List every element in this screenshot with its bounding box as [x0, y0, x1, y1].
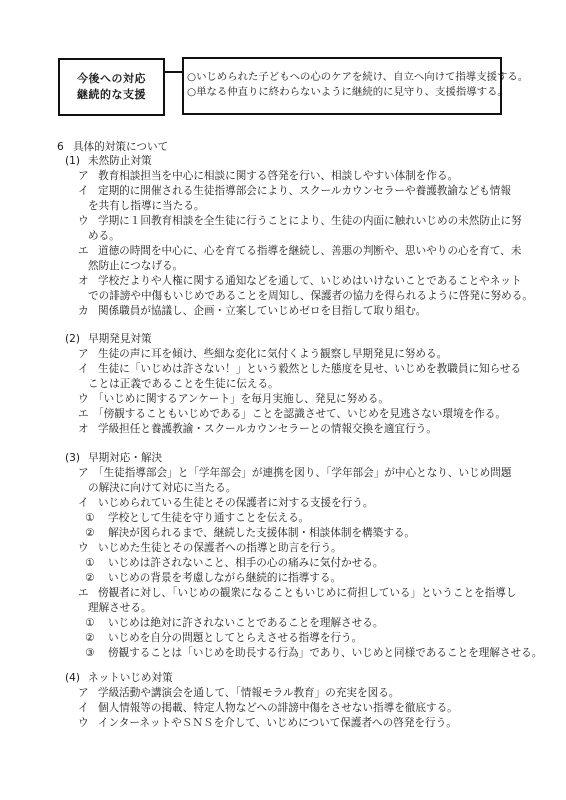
- item-text: インターネットやＳＮＳを介して、いじめについて保護者への啓発を行う。: [98, 716, 457, 731]
- item-text-cont: の解決に向けて対応に当たる。: [88, 481, 236, 496]
- subsection-label: (1): [65, 154, 80, 169]
- sub-item-text: いじめの背景を考慮しながら継続的に指導する。: [108, 571, 341, 586]
- sub-item-text: いじめは許されないこと、相手の心の痛みに気付かせる。: [108, 556, 383, 571]
- item-text: 生徒の声に耳を傾け、些細な変化に気付くよう観察し早期発見に努める。: [98, 347, 447, 362]
- item-text: 学校だよりや人権に関する通知などを通して、いじめはいけないことであることやネット: [98, 274, 502, 289]
- sub-item-text: 傍観することは「いじめを助長する行為」であり、いじめと同様であることを理解させる…: [108, 646, 542, 661]
- item-text: 道徳の時間を中心に、心を育てる指導を継続し、善悪の判断や、思いやりの心を育て、未: [98, 244, 502, 259]
- item-text-cont: 然防止につなげる。: [88, 259, 183, 274]
- item-text-cont: を共有し指導に当たる。: [88, 199, 205, 214]
- item-text-cont: める。: [88, 229, 120, 244]
- sub-item-text: いじめは絶対に許されないことであることを理解させる。: [108, 616, 383, 631]
- subsection-title: 早期発見対策: [88, 332, 152, 347]
- item-text: 「生徒指導部会」と「学年部会」が連携を図り、「学年部会」が中心となり、いじめ問題: [93, 466, 502, 481]
- sub-item-mark: ③: [85, 646, 95, 661]
- sub-item-mark: ②: [85, 571, 95, 586]
- item-text: 学期に１回教育相談を全生徒に行うことにより、生徒の内面に触れいじめの未然防止に努: [98, 214, 502, 229]
- sub-item-mark: ②: [85, 526, 95, 541]
- item-mark: ア: [78, 169, 89, 184]
- item-text: 学級活動や講演会を通して、「情報モラル教育」の充実を図る。: [98, 686, 399, 701]
- section-title: 具体的対策について: [73, 140, 168, 155]
- item-text: 「傍観することもいじめである」ことを認識させて、いじめを見逃さない環境を作る。: [93, 407, 506, 422]
- item-mark: オ: [78, 274, 89, 289]
- item-text: 定期的に開催される生徒指導部会により、スクールカウンセラーや養護教諭なども情報: [98, 184, 502, 199]
- item-mark: イ: [78, 496, 89, 511]
- sub-item-text: いじめを自分の問題としてとらえさせる指導を行う。: [108, 631, 362, 646]
- summary-label-box: 今後への対応 継続的な支援: [58, 58, 165, 116]
- connector-line: [163, 71, 183, 73]
- item-mark: ウ: [78, 392, 89, 407]
- item-mark: イ: [78, 701, 89, 716]
- item-text: 関係職員が協議し、企画・立案していじめゼロを目指して取り組む。: [98, 304, 426, 319]
- sub-item-text: 学校として生徒を守り通すことを伝える。: [108, 511, 309, 526]
- item-text: いじめた生徒とその保護者への指導と助言を行う。: [98, 541, 342, 556]
- item-mark: オ: [78, 422, 89, 437]
- item-mark: イ: [78, 184, 89, 199]
- item-mark: カ: [78, 304, 89, 319]
- item-text: 「いじめに関するアンケート」を毎月実施し、発見に努める。: [93, 392, 389, 407]
- item-mark: ウ: [78, 541, 89, 556]
- item-mark: イ: [78, 362, 89, 377]
- item-mark: ア: [78, 686, 89, 701]
- summary-label-line2: 継続的な支援: [77, 87, 146, 103]
- item-text-cont: での誹謗や中傷もいじめであることを周知し、保護者の協力を得られるように啓発に努め…: [88, 289, 502, 304]
- item-mark: ウ: [78, 214, 89, 229]
- subsection-title: 早期対応・解決: [88, 451, 162, 466]
- item-text: 学級担任と養護教諭・スクールカウンセラーとの情報交換を適宜行う。: [98, 422, 437, 437]
- sub-item-mark: ①: [85, 511, 95, 526]
- item-mark: ウ: [78, 716, 89, 731]
- item-text: 個人情報等の掲載、特定人物などへの誹謗中傷をさせない指導を徹底する。: [98, 701, 458, 716]
- item-mark: エ: [78, 407, 89, 422]
- item-text-cont: ことは正義であることを生徒に伝える。: [88, 377, 279, 392]
- item-text: いじめられている生徒とその保護者に対する支援を行う。: [98, 496, 373, 511]
- item-text: 教育相談担当を中心に相談に関する啓発を行い、相談しやすい体制を作る。: [98, 169, 458, 184]
- item-mark: ア: [78, 466, 89, 481]
- subsection-label: (3): [65, 451, 80, 466]
- item-text: 傍観者に対し、「いじめの観衆になることもいじめに荷担している」ということを指導し: [98, 586, 502, 601]
- subsection-title: 未然防止対策: [88, 154, 152, 169]
- item-mark: ア: [78, 347, 89, 362]
- summary-content-box: ○いじめられた子どもへの心のケアを続け、自立へ向けて指導支援する。 ○単なる仲直…: [182, 57, 502, 115]
- summary-item: ○単なる仲直りに終わらないように継続的に見守り、支援指導する。: [187, 85, 508, 100]
- subsection-title: ネットいじめ対策: [88, 671, 173, 686]
- item-mark: エ: [78, 586, 89, 601]
- sub-item-mark: ①: [85, 616, 95, 631]
- sub-item-mark: ②: [85, 631, 95, 646]
- section-number: 6: [57, 140, 64, 155]
- sub-item-mark: ①: [85, 556, 95, 571]
- summary-label-line1: 今後への対応: [77, 71, 146, 87]
- sub-item-text: 解決が図られるまで、継続した支援体制・相談体制を構築する。: [108, 526, 415, 541]
- item-mark: エ: [78, 244, 89, 259]
- item-text-cont: 理解させる。: [88, 601, 152, 616]
- summary-item: ○いじめられた子どもへの心のケアを続け、自立へ向けて指導支援する。: [187, 70, 528, 85]
- item-text: 生徒に「いじめは許さない！」という毅然とした態度を見せ、いじめを教職員に知らせる: [98, 362, 502, 377]
- subsection-label: (4): [65, 671, 80, 686]
- subsection-label: (2): [65, 332, 80, 347]
